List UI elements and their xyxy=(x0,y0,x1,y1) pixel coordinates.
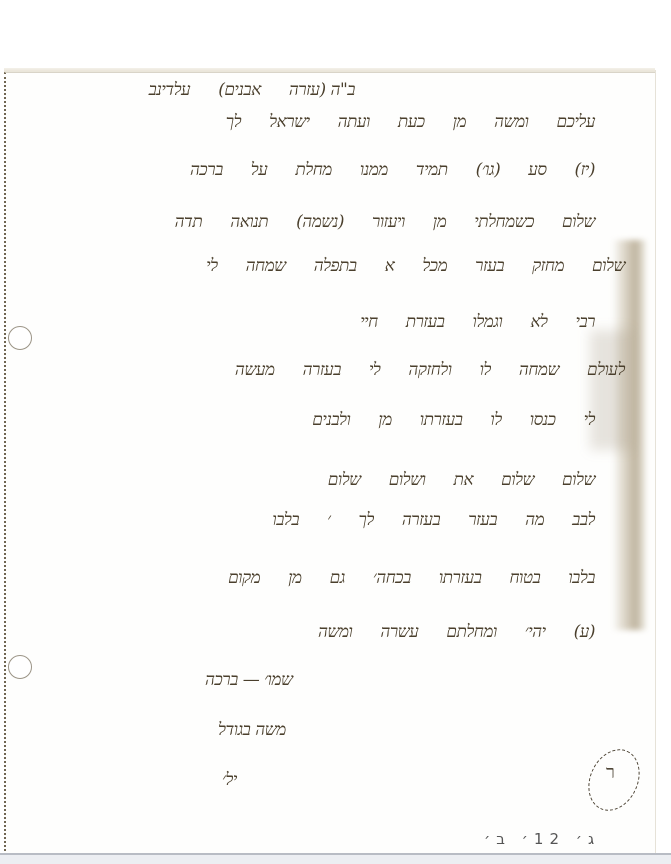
handwritten-word: בטוח xyxy=(509,568,540,588)
handwritten-word: שלום xyxy=(592,256,625,276)
handwritten-line: שלוםכשמחלתימןויעזור(נשמה)תנואהתדה xyxy=(147,212,595,232)
handwritten-line: לעולםשמחהלוולחזקהליבעזרהמעשה xyxy=(207,360,625,380)
handwritten-word: בתפלה xyxy=(314,256,357,276)
handwritten-word: בלבו xyxy=(568,568,595,588)
handwritten-word: גם xyxy=(330,568,345,588)
handwritten-word: שמחה xyxy=(519,360,559,380)
handwritten-word: מה xyxy=(525,510,544,530)
handwritten-word: ויעזור xyxy=(372,212,405,232)
viewer-bottom-bar xyxy=(0,853,671,864)
handwritten-word: מן xyxy=(288,568,301,588)
handwritten-word: (ע) xyxy=(574,622,595,642)
handwritten-word: רבי xyxy=(575,312,595,332)
handwritten-word: (גו׳) xyxy=(476,160,501,180)
punch-hole-lower xyxy=(8,655,32,679)
handwritten-word: ומשה xyxy=(494,112,528,132)
handwritten-word: בעזר xyxy=(475,256,504,276)
handwritten-word: ברכה xyxy=(190,160,223,180)
handwritten-word: לא xyxy=(530,312,547,332)
handwritten-word: ועתה xyxy=(338,112,370,132)
handwritten-line: עליכםומשהמןכעתועתהישראללך xyxy=(198,112,595,132)
handwritten-word: ומשה xyxy=(318,622,352,642)
handwritten-word: שלום xyxy=(501,470,534,490)
handwritten-word: בעזרת xyxy=(406,312,445,332)
handwritten-word: עשרה xyxy=(380,622,418,642)
handwritten-word: בכחה׳ xyxy=(373,568,411,588)
handwritten-word: לי xyxy=(206,256,217,276)
scanned-page xyxy=(4,72,657,855)
handwritten-word: א xyxy=(385,256,395,276)
handwritten-line: (ע)יהי׳ומחלתםעשרהומשה xyxy=(290,622,595,642)
handwritten-word: לך xyxy=(226,112,241,132)
closing-line: משה בגודל xyxy=(218,720,286,740)
handwritten-word: חיי xyxy=(360,312,377,332)
handwritten-word: מכל xyxy=(422,256,447,276)
handwritten-word: מן xyxy=(453,112,466,132)
handwritten-line: שלוםשלוםאתושלוםשלום xyxy=(300,470,595,490)
handwritten-word: עלדינב xyxy=(149,80,191,100)
handwritten-word: לעולם xyxy=(587,360,625,380)
handwritten-word: תנואה xyxy=(230,212,268,232)
handwritten-word: מעשה xyxy=(235,360,275,380)
page-number: ג׳ 12׳ ב׳ xyxy=(484,830,600,848)
handwritten-word: כעת xyxy=(398,112,425,132)
handwritten-line: שלוםמחזקבעזרמכלאבתפלהשמחהלי xyxy=(178,256,625,276)
handwritten-word: יהי׳ xyxy=(525,622,546,642)
handwritten-word: ושלום xyxy=(389,470,426,490)
handwritten-word: שלום xyxy=(562,470,595,490)
handwritten-word: תמיד xyxy=(416,160,448,180)
handwritten-word: ב"ה (עזרה xyxy=(289,80,355,100)
handwritten-word: ומחלתם xyxy=(446,622,496,642)
handwritten-word: בלבו xyxy=(272,510,299,530)
handwritten-word: שלום xyxy=(562,212,595,232)
handwritten-word: לו xyxy=(490,410,501,430)
handwritten-word: ׳ xyxy=(327,510,330,530)
handwritten-line: ליכנסולובעזרתומןולבנים xyxy=(284,410,595,430)
handwritten-word: ולחזקה xyxy=(408,360,451,380)
handwritten-line: רבילאוגמלובעזרתחיי xyxy=(332,312,595,332)
handwritten-word: (יז) xyxy=(575,160,595,180)
handwritten-word: לך xyxy=(359,510,374,530)
handwritten-line: בלבובטוחבעזרתובכחה׳גםמןמקום xyxy=(200,568,595,588)
handwritten-line: (יז)סע(גו׳)תמידממנומחלתעלברכה xyxy=(162,160,595,180)
handwritten-word: מקום xyxy=(228,568,260,588)
handwritten-word: כשמחלתי xyxy=(474,212,534,232)
paper-stain-secondary xyxy=(590,330,630,450)
closing-line: שמו׳ — ברכה xyxy=(205,670,293,690)
handwritten-word: (נשמה) xyxy=(296,212,344,232)
handwritten-line: לבבמהבעזרבעזרהלך׳בלבו xyxy=(244,510,595,530)
handwritten-word: מן xyxy=(433,212,446,232)
handwritten-word: לבב xyxy=(572,510,595,530)
handwritten-word: מחלת xyxy=(295,160,331,180)
margin-mark-glyph: ר xyxy=(606,762,615,783)
handwritten-word: עליכם xyxy=(557,112,595,132)
handwritten-word: שמחה xyxy=(246,256,286,276)
handwritten-word: לי xyxy=(584,410,595,430)
handwritten-word: בעזרתו xyxy=(439,568,482,588)
handwritten-word: ולבנים xyxy=(312,410,350,430)
handwritten-word: תדה xyxy=(175,212,203,232)
handwritten-word: מן xyxy=(378,410,391,430)
handwritten-word: כנסו xyxy=(530,410,556,430)
handwritten-word: על xyxy=(251,160,268,180)
handwritten-word: אבנים) xyxy=(218,80,261,100)
handwritten-word: בעזרתו xyxy=(420,410,463,430)
handwritten-word: שלום xyxy=(328,470,361,490)
punch-hole-upper xyxy=(8,326,32,350)
handwritten-word: בעזר xyxy=(468,510,497,530)
handwritten-word: בעזרה xyxy=(303,360,341,380)
handwritten-word: סע xyxy=(528,160,546,180)
handwritten-word: ישראל xyxy=(269,112,310,132)
handwritten-word: לי xyxy=(369,360,380,380)
handwritten-word: וגמלו xyxy=(472,312,502,332)
handwritten-word: את xyxy=(454,470,474,490)
handwritten-word: בעזרה xyxy=(402,510,440,530)
handwritten-word: לו xyxy=(480,360,491,380)
handwritten-word: מחזק xyxy=(532,256,564,276)
closing-line: יל׳ xyxy=(222,770,237,790)
page-right-edge xyxy=(655,70,671,854)
handwritten-word: ממנו xyxy=(360,160,388,180)
handwritten-line: ב"ה (עזרהאבנים)עלדינב xyxy=(121,80,355,100)
